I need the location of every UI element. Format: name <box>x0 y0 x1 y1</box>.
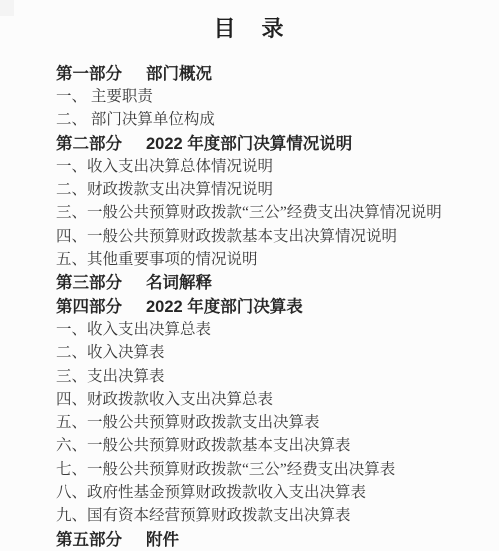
toc-item: 三、一般公共预算财政拨款“三公”经费支出决算情况说明 <box>56 200 489 223</box>
part-title: 2022 年度部门决算情况说明 <box>146 130 352 154</box>
scan-artifact <box>0 0 14 16</box>
part-label: 第三部分 <box>56 269 122 293</box>
section-header-part1: 第一部分 部门概况 <box>56 60 489 83</box>
section-header-part4: 第四部分 2022 年度部门决算表 <box>56 293 489 316</box>
toc-item: 四、一般公共预算财政拨款基本支出决算情况说明 <box>56 223 489 246</box>
toc-item: 一、 主要职责 <box>56 83 489 106</box>
toc-item: 一、收入支出决算总表 <box>56 316 489 339</box>
toc-item: 八、政府性基金预算财政拨款收入支出决算表 <box>56 479 489 502</box>
part-label: 第一部分 <box>56 60 122 84</box>
toc-content: 第一部分 部门概况 一、 主要职责 二、 部门决算单位构成 第二部分 2022 … <box>0 60 499 549</box>
toc-page: 目 录 第一部分 部门概况 一、 主要职责 二、 部门决算单位构成 第二部分 2… <box>0 0 499 551</box>
part-title: 附件 <box>146 526 179 550</box>
part-label: 第五部分 <box>56 526 122 550</box>
toc-item: 五、其他重要事项的情况说明 <box>56 246 489 269</box>
part-label: 第二部分 <box>56 130 122 154</box>
toc-item: 三、支出决算表 <box>56 363 489 386</box>
toc-item: 五、一般公共预算财政拨款支出决算表 <box>56 409 489 432</box>
toc-item: 一、收入支出决算总体情况说明 <box>56 153 489 176</box>
section-header-part3: 第三部分 名词解释 <box>56 270 489 293</box>
toc-item: 四、财政拨款收入支出决算总表 <box>56 386 489 409</box>
toc-item: 二、收入决算表 <box>56 340 489 363</box>
toc-item: 九、国有资本经营预算财政拨款支出决算表 <box>56 503 489 526</box>
part-title: 部门概况 <box>146 60 212 84</box>
section-header-part2: 第二部分 2022 年度部门决算情况说明 <box>56 130 489 153</box>
toc-item: 二、 部门决算单位构成 <box>56 107 489 130</box>
part-title: 2022 年度部门决算表 <box>146 293 303 317</box>
toc-item: 七、一般公共预算财政拨款“三公”经费支出决算表 <box>56 456 489 479</box>
toc-item: 六、一般公共预算财政拨款基本支出决算表 <box>56 433 489 456</box>
part-label: 第四部分 <box>56 293 122 317</box>
section-header-part5: 第五部分 附件 <box>56 526 489 549</box>
page-title: 目 录 <box>0 14 499 44</box>
toc-item: 二、财政拨款支出决算情况说明 <box>56 176 489 199</box>
part-title: 名词解释 <box>146 269 212 293</box>
